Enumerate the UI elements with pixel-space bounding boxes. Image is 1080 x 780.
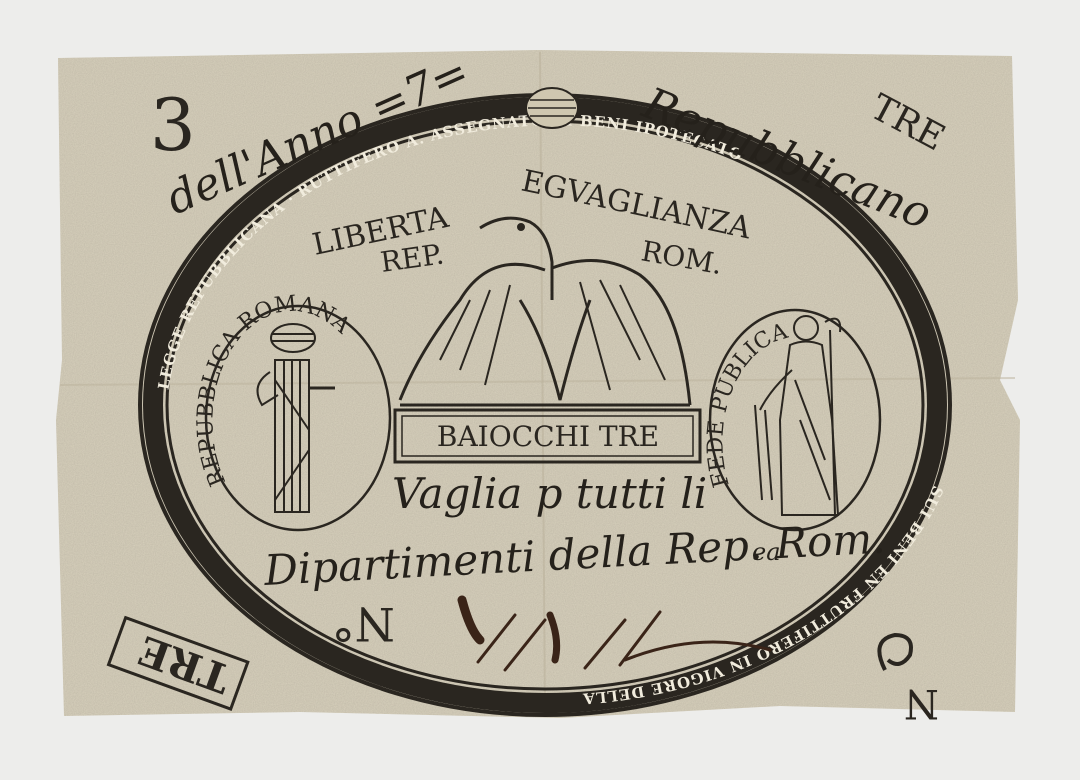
banknote: LEGGE REPUBBLICANA · RUTTIFERO A. ASSEGN…	[0, 0, 1080, 780]
serial-label: N°	[332, 597, 395, 651]
script-superscript: ea	[752, 538, 781, 566]
banknote-photo: LEGGE REPUBBLICANA · RUTTIFERO A. ASSEGN…	[0, 0, 1080, 780]
svg-text:N: N	[904, 680, 939, 726]
value-box-text: BAIOCCHI TRE	[437, 420, 659, 453]
corner-top-left-number: 3	[150, 83, 196, 167]
script-line-1: Vaglia p tutti li	[392, 469, 707, 518]
cap-of-liberty-icon	[526, 88, 578, 128]
